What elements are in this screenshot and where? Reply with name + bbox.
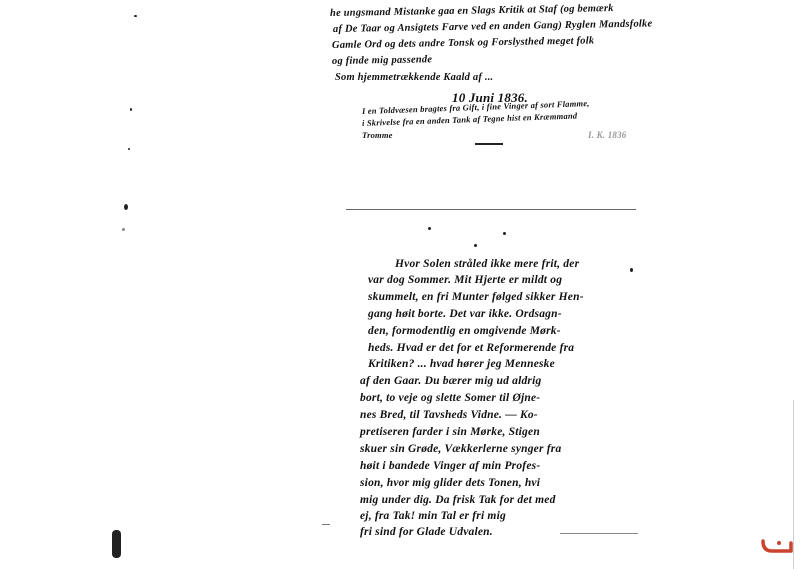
ink-speck — [124, 204, 128, 210]
manuscript-line: heds. Hvad er det for et Reformerende fr… — [368, 342, 574, 354]
ink-speck — [122, 228, 125, 231]
page-top-edge — [346, 209, 636, 210]
manuscript-note-line: Tromme — [362, 130, 393, 140]
manuscript-line: Hvor Solen stråled ikke mere frit, der — [395, 258, 579, 270]
page-bottom-edge — [560, 533, 638, 534]
manuscript-line: skuer sin Grøde, Vækkerlerne synger fra — [360, 443, 561, 455]
manuscript-line: nes Bred, til Tavsheds Vidne. — Ko- — [360, 409, 538, 421]
manuscript-line: skummelt, en fri Munter følged sikker He… — [368, 291, 584, 303]
ink-speck — [503, 232, 506, 235]
manuscript-line: ej, fra Tak! min Tal er fri mig — [360, 510, 506, 522]
manuscript-line: fri sind for Glade Udvalen. — [360, 526, 493, 538]
ink-speck — [130, 108, 132, 111]
manuscript-line: af De Taar og Ansigtets Farve ved en and… — [333, 18, 653, 35]
ink-speck — [428, 227, 431, 230]
manuscript-line: Gamle Ord og dets andre Tonsk og Forslys… — [332, 35, 594, 51]
manuscript-line: den, formodentlig en omgivende Mørk- — [368, 325, 561, 337]
divider-rule — [475, 143, 503, 145]
manuscript-line: pretiseren farder i sin Mørke, Stigen — [360, 426, 540, 438]
ink-speck — [128, 148, 130, 150]
ink-speck — [630, 268, 633, 272]
ink-blot — [112, 530, 121, 558]
manuscript-line: og finde mig passende — [332, 54, 432, 67]
manuscript-line: Kritiken? ... hvad hører jeg Menneske — [368, 358, 555, 370]
ink-speck — [134, 15, 137, 17]
manuscript-line: Som hjemmetrækkende Kaald af ... — [335, 72, 493, 83]
manuscript-line: mig under dig. Da frisk Tak for det med — [360, 494, 556, 506]
manuscript-line: bort, to veje og slette Somer til Øjne- — [360, 392, 540, 404]
manuscript-line: gang høit borte. Det var ikke. Ordsagn- — [368, 308, 562, 320]
manuscript-line: af den Gaar. Du bærer mig ud aldrig — [360, 375, 541, 387]
page-bottom-edge — [322, 524, 330, 525]
manuscript-line: he ungsmand Mistanke gaa en Slags Kritik… — [330, 3, 614, 19]
smile-logo-icon — [760, 535, 794, 555]
signature-mark: I. K. 1836 — [588, 130, 627, 140]
manuscript-line: var dog Sommer. Mit Hjerte er mildt og — [368, 274, 562, 286]
manuscript-line: sion, hvor mig glider dets Tonen, hvi — [360, 477, 540, 489]
ink-speck — [474, 244, 477, 247]
manuscript-line: høit i bandede Vinger af min Profes- — [360, 460, 540, 472]
